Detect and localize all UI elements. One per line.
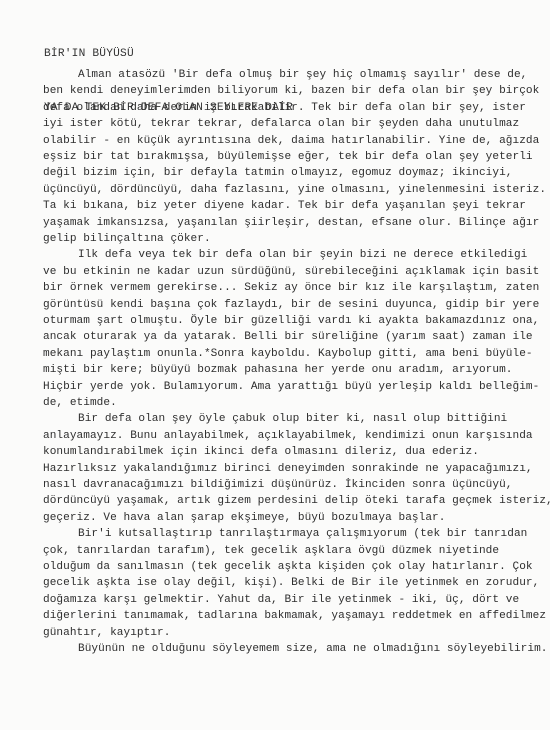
- text-line: değil bizim için, bir defayla tatmin olm…: [43, 166, 513, 180]
- text-line: Ta ki bıkana, biz yeter diyene kadar. Te…: [43, 199, 526, 213]
- text-line: ben kendi deneyimlerimden biliyorum ki, …: [43, 84, 539, 98]
- text-line: Hiçbir yerde yok. Bulamıyorum. Ama yarat…: [43, 380, 539, 394]
- text-line: günahtır, kayıptır.: [43, 626, 170, 640]
- text-line: ancak oturarak ya da yatarak. Belli bir …: [43, 330, 533, 344]
- text-line: eşsiz bir tat bırakmışsa, büyülemişse eğ…: [43, 150, 533, 164]
- paragraph-first-line: Alman atasözü 'Bir defa olmuş bir şey hi…: [78, 68, 527, 82]
- text-line: görüntüsü kendi başına çok fazlaydı, bir…: [43, 298, 539, 312]
- text-line: ve bu etkinin ne kadar uzun sürdüğünü, s…: [43, 265, 539, 279]
- text-line: mekanı paylaştım onunla.*Sonra kayboldu.…: [43, 347, 533, 361]
- text-line: diğerlerini tanımamak, tadlarına bakmama…: [43, 609, 546, 623]
- text-line: de, etimde.: [43, 396, 117, 410]
- text-line: Hazırlıksız yakalandığımız birinci deney…: [43, 462, 533, 476]
- text-line: nasıl davranacağımızı bildiğimizi düşünü…: [43, 478, 513, 492]
- text-line: gelip bilinçaltına çöker.: [43, 232, 211, 246]
- title-line-1: BİR'IN BÜYÜSÜ: [44, 45, 293, 63]
- text-line: dördüncüyü yaşamak, artık gizem perdesin…: [43, 494, 550, 508]
- text-line: doğamıza karşı gelmektir. Yahut da, Bir …: [43, 593, 519, 607]
- text-line: defa olandan daha derin iz bırakabilir. …: [43, 101, 526, 115]
- text-line: geçeriz. Ve hava alan şarap ekşimeye, bü…: [43, 511, 445, 525]
- text-line: olduğum da sanılmasın (tek gecelik aşkta…: [43, 560, 533, 574]
- text-line: üçüncüyü, dördüncüyü, daha fazlasını, yi…: [43, 183, 546, 197]
- text-line: iyi ister kötü, tekrar tekrar, defalarca…: [43, 117, 519, 131]
- paragraph-first-line: Bir'i kutsallaştırıp tanrılaştırmaya çal…: [78, 527, 527, 541]
- text-line: oturmam şart olmuştu. Öyle bir güzelliği…: [43, 314, 539, 328]
- typewritten-page: BİR'IN BÜYÜSÜ YA DA TEK BİR DEFA OLAN ŞE…: [0, 0, 550, 730]
- text-line: konumlandırabilmek için ikinci defa olma…: [43, 445, 479, 459]
- paragraph-first-line: Ilk defa veya tek bir defa olan bir şeyi…: [78, 248, 527, 262]
- text-line: bir örnek vermem gerekirse... Sekiz ay ö…: [43, 281, 539, 295]
- paragraph-first-line: Büyünün ne olduğunu söyleyemem size, ama…: [78, 642, 548, 656]
- text-line: olabilir - en küçük ayrıntısına dek, dai…: [43, 134, 539, 148]
- paragraph-first-line: Bir defa olan şey öyle çabuk olup biter …: [78, 412, 507, 426]
- text-line: anlayamayız. Bunu anlayabilmek, açıklaya…: [43, 429, 533, 443]
- text-line: mişti bir kere; büyüyü bozmak pahasına h…: [43, 363, 513, 377]
- text-line: çok, tanrılardan tarafım), tek gecelik a…: [43, 544, 499, 558]
- text-line: gecelik aşkta ise olay değil, kişi). Bel…: [43, 576, 539, 590]
- text-line: yaşamak imkansızsa, yaşanılan şiirleşir,…: [43, 216, 539, 230]
